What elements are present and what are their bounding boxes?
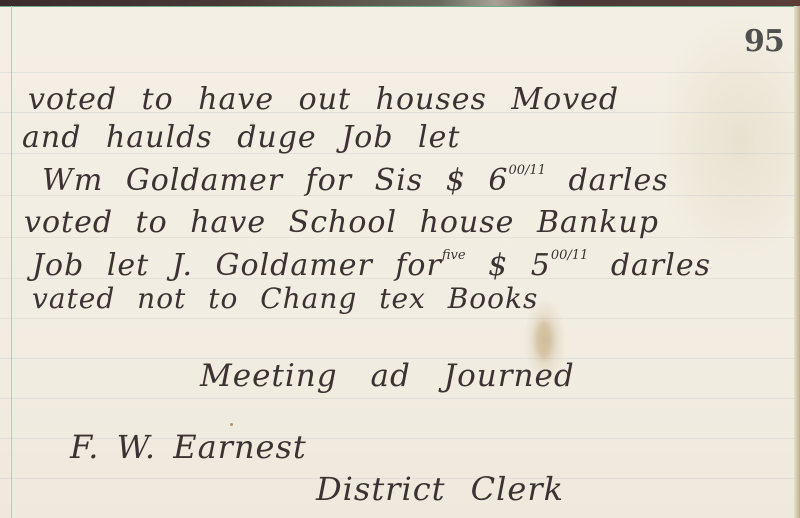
paper-stain [535, 320, 553, 360]
ruled-line [0, 318, 794, 319]
minutes-line-4: voted to have School house Bankup [24, 205, 659, 240]
minutes-line-6: vated not to Chang tex Books [32, 282, 538, 315]
line-5-amount: $ 5 [466, 248, 551, 283]
meeting-adjourned-line: Meeting ad Journed [200, 358, 575, 394]
clerk-signature: F. W. Earnest [70, 428, 307, 466]
book-binding-edge [0, 0, 800, 7]
line-5-text: Job let J. Goldamer for [32, 248, 442, 283]
minutes-line-2: and haulds duge Job let [22, 120, 460, 155]
minutes-line-3: Wm Goldamer for Sis $ 600/11 darles [42, 163, 669, 198]
ruled-line [0, 72, 794, 73]
line-3-currency-word: darles [546, 163, 669, 198]
left-margin-rule [11, 6, 12, 518]
cents-superscript: 00/11 [551, 248, 588, 263]
ruled-line [0, 398, 794, 399]
ink-speck [230, 423, 233, 426]
page-number: 95 [744, 24, 784, 59]
clerk-title: District Clerk [316, 470, 564, 508]
inserted-word-superscript: five [442, 248, 466, 263]
cents-superscript: 00/11 [508, 163, 545, 178]
minutes-line-5: Job let J. Goldamer forfive $ 500/11 dar… [32, 248, 711, 283]
line-5-currency-word: darles [588, 248, 711, 283]
page-gutter-edge [794, 6, 800, 518]
ledger-page: 95 voted to have out houses Moved and ha… [0, 0, 800, 518]
line-3-text: Wm Goldamer for Sis $ 6 [42, 163, 508, 198]
minutes-line-1: voted to have out houses Moved [28, 82, 619, 117]
